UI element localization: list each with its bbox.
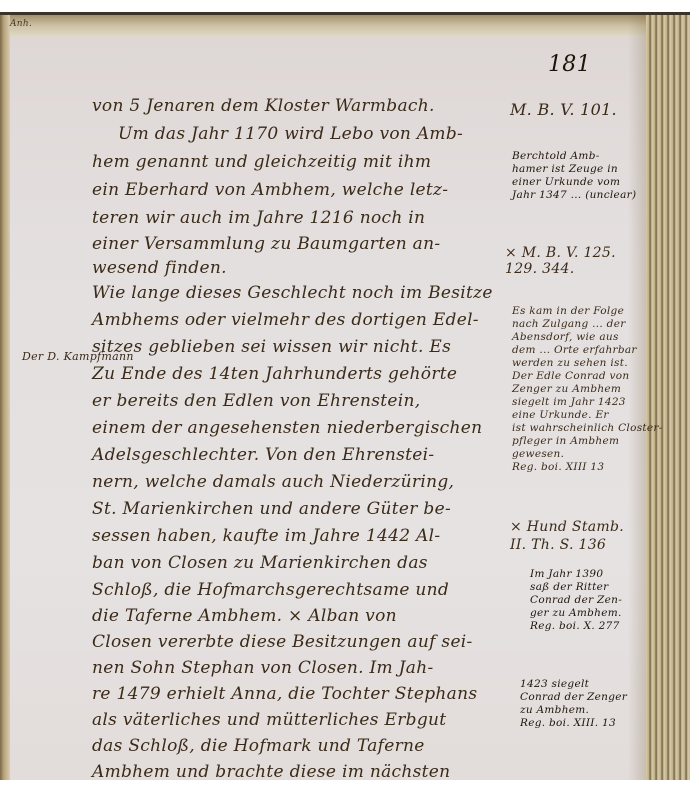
text-line: wesend finden. <box>92 258 227 278</box>
text-line: teren wir auch im Jahre 1216 noch in <box>92 208 425 228</box>
margin-note: Berchtold Amb- hamer ist Zeuge in einer … <box>512 150 636 202</box>
text-line: nern, welche damals auch Niederzüring, <box>92 472 454 492</box>
margin-note: Es kam in der Folge nach Zulgang ... der… <box>512 305 663 474</box>
text-line: re 1479 erhielt Anna, die Tochter Stepha… <box>92 684 477 704</box>
text-line: Um das Jahr 1170 wird Lebo von Amb- <box>118 124 463 144</box>
text-line: sitzes geblieben sei wissen wir nicht. E… <box>92 337 451 357</box>
text-line: Schloß, die Hofmarchsgerechtsame und <box>92 580 449 600</box>
book-binding-left <box>0 15 10 780</box>
margin-note: 1423 siegelt Conrad der Zenger zu Ambhem… <box>520 678 627 730</box>
text-line: Zu Ende des 14ten Jahrhunderts gehörte <box>92 364 457 384</box>
text-line: nen Sohn Stephan von Closen. Im Jah- <box>92 658 434 678</box>
page-top-edge <box>10 15 650 37</box>
text-line: einem der angesehensten niederbergischen <box>92 418 482 438</box>
text-line: ban von Closen zu Marienkirchen das <box>92 553 428 573</box>
text-line: Wie lange dieses Geschlecht noch im Besi… <box>92 283 493 303</box>
text-line: Closen vererbte diese Besitzungen auf se… <box>92 632 473 652</box>
text-line: Ambhems oder vielmehr des dortigen Edel- <box>92 310 479 330</box>
text-line: Ambhem und brachte diese im nächsten <box>92 762 450 782</box>
text-line: einer Versammlung zu Baumgarten an- <box>92 234 440 254</box>
text-line: die Taferne Ambhem. × Alban von <box>92 606 397 626</box>
margin-reference: × M. B. V. 125. 129. 344. <box>505 245 616 277</box>
margin-note: Im Jahr 1390 saß der Ritter Conrad der Z… <box>530 568 622 633</box>
text-line: hem genannt und gleichzeitig mit ihm <box>92 152 431 172</box>
text-line: das Schloß, die Hofmark und Taferne <box>92 736 425 756</box>
page-number: 181 <box>548 52 591 77</box>
corner-mark: Anh. <box>10 19 32 29</box>
text-line: sessen haben, kaufte im Jahre 1442 Al- <box>92 526 440 546</box>
text-line: Adelsgeschlechter. Von den Ehrenstei- <box>92 445 434 465</box>
margin-reference: M. B. V. 101. <box>510 100 617 119</box>
left-margin-note: Der D. Kampfmann <box>22 350 134 363</box>
text-line: St. Marienkirchen und andere Güter be- <box>92 499 451 519</box>
text-line: von 5 Jenaren dem Kloster Warmbach. <box>92 96 435 116</box>
text-line: er bereits den Edlen von Ehrenstein, <box>92 391 420 411</box>
text-line: als väterliches und mütterliches Erbgut <box>92 710 446 730</box>
margin-reference: × Hund Stamb. II. Th. S. 136 <box>510 518 624 554</box>
text-line: ein Eberhard von Ambhem, welche letz- <box>92 180 448 200</box>
